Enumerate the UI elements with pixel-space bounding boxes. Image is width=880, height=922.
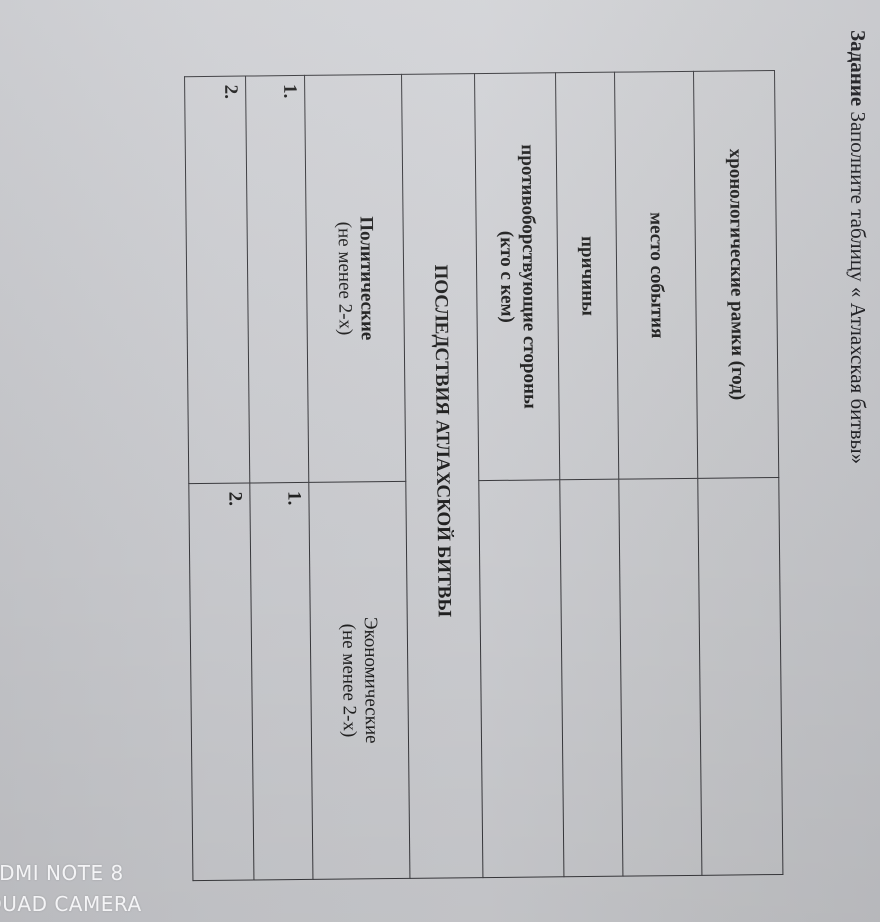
- political-note: (не менее 2-х): [331, 83, 357, 473]
- political-title: Политические: [356, 216, 378, 340]
- table-row: хронологические рамки (год): [694, 71, 783, 876]
- battle-table: хронологические рамки (год) место событи…: [184, 70, 783, 881]
- header-causes: причины: [556, 72, 619, 480]
- table-row: место события: [615, 71, 702, 876]
- answer-cell-chronology[interactable]: [698, 477, 783, 875]
- answer-cell-sides[interactable]: [479, 480, 564, 878]
- economic-note: (не менее 2-х): [335, 490, 361, 870]
- political-item-1[interactable]: 1.: [246, 75, 309, 483]
- document-sheet: Задание Заполните таблицу « Атлахская би…: [180, 0, 880, 880]
- task-label: Задание: [846, 30, 870, 106]
- table-row: причины: [556, 72, 623, 877]
- table-row: противоборствующие стороны (кто с кем): [475, 73, 564, 878]
- header-sides: противоборствующие стороны (кто с кем): [475, 73, 560, 481]
- header-sides-title: противоборствующие стороны: [517, 144, 541, 409]
- header-consequences: ПОСЛЕДСТВИЯ АТЛАХСКОЙ БИТВЫ: [402, 74, 483, 879]
- header-economic: Экономические (не менее 2-х): [309, 481, 410, 879]
- camera-watermark-line1: EDMI NOTE 8: [0, 861, 124, 885]
- political-item-2[interactable]: 2.: [185, 76, 250, 484]
- answer-cell-place[interactable]: [619, 478, 702, 876]
- header-place: место события: [615, 71, 698, 479]
- economic-item-2[interactable]: 2.: [189, 483, 254, 881]
- answer-cell-causes[interactable]: [560, 479, 623, 877]
- economic-item-1[interactable]: 1.: [250, 482, 313, 880]
- table-row: ПОСЛЕДСТВИЯ АТЛАХСКОЙ БИТВЫ: [402, 74, 483, 879]
- table-row: 2. 2.: [185, 76, 254, 881]
- table-row: Политические (не менее 2-х) Экономически…: [305, 74, 410, 879]
- header-political: Политические (не менее 2-х): [305, 74, 406, 482]
- table-row: 1. 1.: [246, 75, 313, 880]
- economic-title: Экономические: [360, 617, 382, 744]
- header-chronology: хронологические рамки (год): [694, 71, 779, 479]
- header-sides-sub: (кто с кем): [493, 82, 519, 472]
- task-text: Заполните таблицу « Атлахская битвы»: [846, 111, 870, 464]
- task-instruction: Задание Заполните таблицу « Атлахская би…: [845, 30, 870, 464]
- camera-watermark-line2: QUAD CAMERA: [0, 892, 142, 916]
